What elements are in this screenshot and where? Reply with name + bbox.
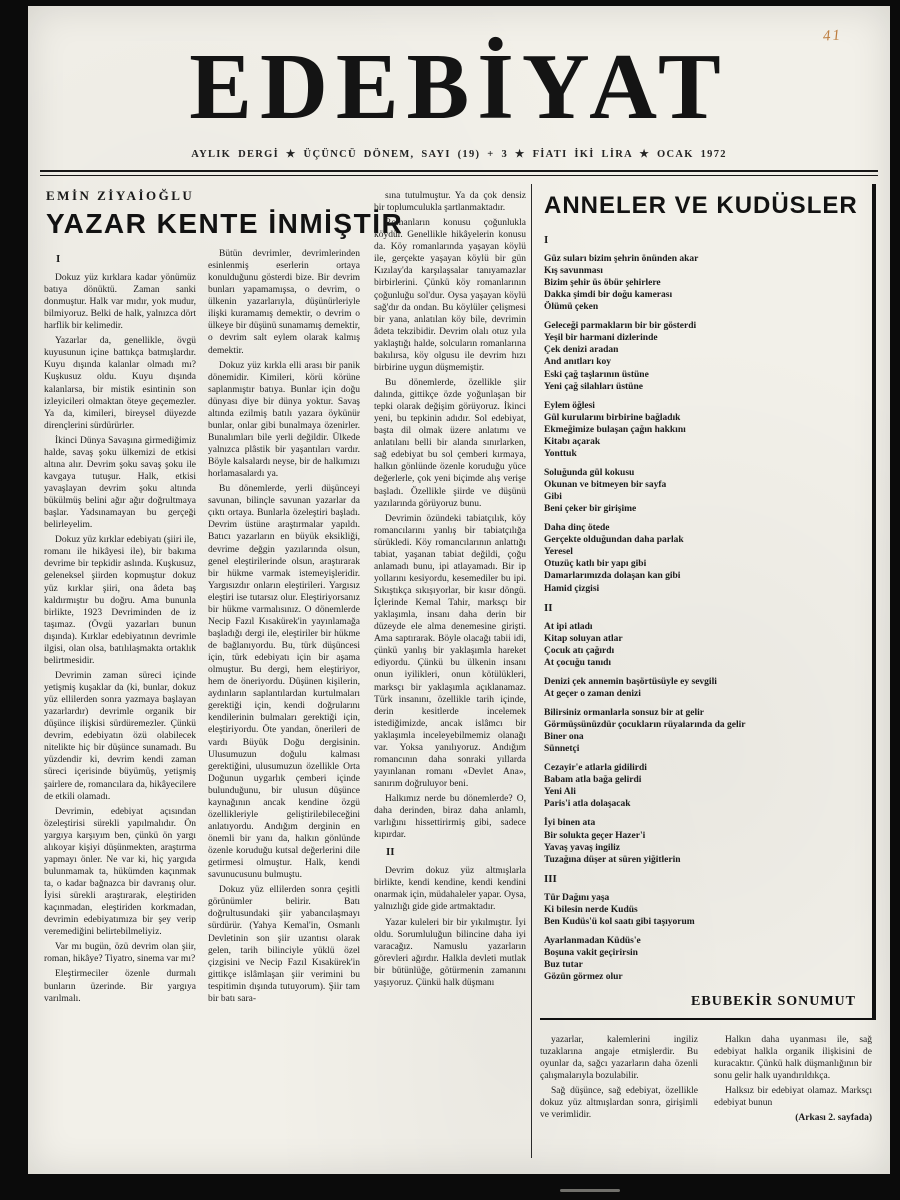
right-section: ANNELER VE KUDÜSLER IGüz suları bizim şe… [540, 184, 876, 1158]
paragraph: Halkımız nerde bu dönemlerde? O, daha de… [374, 793, 526, 841]
paragraph: Var mı bugün, özü devrim olan şiir, roma… [44, 941, 196, 965]
page-content: EMİN ZİYAİOĞLU YAZAR KENTE İNMİŞTİR IDok… [28, 176, 890, 1158]
paragraph: İkinci Dünya Savaşına girmediğimiz halde… [44, 435, 196, 532]
poem-box: ANNELER VE KUDÜSLER IGüz suları bizim şe… [540, 184, 876, 1020]
paragraph: Dokuz yüz kırklara kadar yönümüz batıya … [44, 272, 196, 332]
poem-stanza: İyi binen ata Bir solukta geçer Hazer'i … [544, 817, 862, 865]
paragraph: Devrim dokuz yüz altmışlarla birlikte, k… [374, 865, 526, 913]
continuation-column-right: Halkın daha uyanması ile, sağ edebiyat h… [714, 1034, 872, 1158]
article-left-block: EMİN ZİYAİOĞLU YAZAR KENTE İNMİŞTİR IDok… [44, 184, 360, 1158]
continuation-note: (Arkası 2. sayfada) [714, 1112, 872, 1124]
poem-stanza: Cezayir'e atlarla gidilirdi Babam atla b… [544, 762, 862, 810]
paragraph: Romanların konusu çoğunlukla köydür. Gen… [374, 217, 526, 374]
article-author: EMİN ZİYAİOĞLU [46, 188, 360, 204]
paragraph: Halkın daha uyanması ile, sağ edebiyat h… [714, 1034, 872, 1082]
handwritten-page-number: 41 [822, 27, 842, 45]
paragraph: Devrimin, edebiyat açısından özeleştiris… [44, 806, 196, 939]
poem-stanza: Ayarlanmadan Küdüs'e Boşuna vakit geçiri… [544, 935, 862, 983]
paragraph: Bu dönemlerde, yerli düşünceyi savunan, … [208, 483, 360, 881]
paragraph: sına tutulmuştur. Ya da çok densiz bir t… [374, 190, 526, 214]
masthead: EDEBİYAT AYLIK DERGİ ★ ÜÇÜNCÜ DÖNEM, SAY… [28, 6, 890, 160]
poem-body: IGüz suları bizim şehrin önünden akar Kı… [544, 230, 862, 990]
poem-stanza: Eylem öğlesi Gül kurularını birbirine ba… [544, 400, 862, 460]
paragraph: Dokuz yüz kırklar edebiyatı (şiiri ile, … [44, 534, 196, 667]
article-column-1: IDokuz yüz kırklara kadar yönümüz batıya… [44, 248, 196, 1158]
section-heading: III [544, 873, 862, 887]
poem-stanza: Daha dinç ötede Gerçekte olduğundan daha… [544, 522, 862, 594]
paragraph: Dokuz yüz ellilerden sonra çeşitli görün… [208, 884, 360, 1005]
poem-stanza: At ipi atladı Kitap soluyan atlar Çocuk … [544, 621, 862, 669]
article: EMİN ZİYAİOĞLU YAZAR KENTE İNMİŞTİR IDok… [44, 184, 526, 1158]
masthead-subtitle: AYLIK DERGİ ★ ÜÇÜNCÜ DÖNEM, SAYI (19) + … [28, 148, 890, 160]
poem-author-signature: EBUBEKİR SONUMUT [544, 990, 862, 1012]
paragraph: yazarlar, kalemlerini ingiliz tuzakların… [540, 1034, 698, 1082]
poem-stanza: Güz suları bizim şehrin önünden akar Kış… [544, 253, 862, 313]
article-columns: IDokuz yüz kırklara kadar yönümüz batıya… [44, 248, 360, 1158]
poem-stanza: Bilirsiniz ormanlarla sonsuz bir at geli… [544, 707, 862, 755]
continuation-columns: yazarlar, kalemlerini ingiliz tuzakların… [540, 1034, 876, 1158]
section-heading: II [386, 846, 526, 860]
section-heading: I [56, 253, 196, 267]
paragraph: Yazarlar da, genellikle, övgü kuyusunun … [44, 335, 196, 432]
article-column-2: Bütün devrimler, devrimlerinden esinlenm… [208, 248, 360, 1158]
paragraph: Devrimin özündeki tabiatçılık, köy roman… [374, 513, 526, 790]
paragraph: Bu dönemlerde, özellikle şiir dalında, g… [374, 377, 526, 510]
poem-title: ANNELER VE KUDÜSLER [544, 192, 862, 220]
continuation-column-left: yazarlar, kalemlerini ingiliz tuzakların… [540, 1034, 698, 1158]
poem-stanza: Geleceği parmakların bir bir gösterdi Ye… [544, 320, 862, 392]
paragraph: Dokuz yüz kırkla elli arası bir panik dö… [208, 360, 360, 481]
paragraph: Devrimin zaman süreci içinde yetişmiş ku… [44, 670, 196, 803]
magazine-title: EDEBİYAT [28, 40, 890, 134]
article-column-3: sına tutulmuştur. Ya da çok densiz bir t… [374, 184, 526, 1158]
magazine-page: 41 EDEBİYAT AYLIK DERGİ ★ ÜÇÜNCÜ DÖNEM, … [28, 6, 890, 1174]
column-divider-rule [531, 184, 532, 1158]
paragraph: Halksız bir edebiyat olamaz. Marksçı ede… [714, 1085, 872, 1109]
poem-stanza: Denizi çek annemin başörtüsüyle ey sevgi… [544, 676, 862, 700]
poem-stanza: Tür Dağını yaşa Ki bilesin nerde Kudüs B… [544, 892, 862, 928]
article-header: EMİN ZİYAİOĞLU YAZAR KENTE İNMİŞTİR [44, 184, 360, 248]
article-title: YAZAR KENTE İNMİŞTİR [46, 208, 360, 240]
section-heading: II [544, 602, 862, 616]
poem-stanza: Soluğunda gül kokusu Okunan ve bitmeyen … [544, 467, 862, 515]
paragraph: Yazar kuleleri bir bir yıkılmıştır. İyi … [374, 917, 526, 989]
scan-artifact [560, 1189, 620, 1192]
paragraph: Bütün devrimler, devrimlerinden esinlenm… [208, 248, 360, 357]
paragraph: Sağ düşünce, sağ edebiyat, özellikle dok… [540, 1085, 698, 1121]
section-heading: I [544, 234, 862, 248]
paragraph: Eleştirmeciler özenle durmalı bunların ü… [44, 968, 196, 1004]
scanned-page: 41 EDEBİYAT AYLIK DERGİ ★ ÜÇÜNCÜ DÖNEM, … [0, 0, 900, 1200]
